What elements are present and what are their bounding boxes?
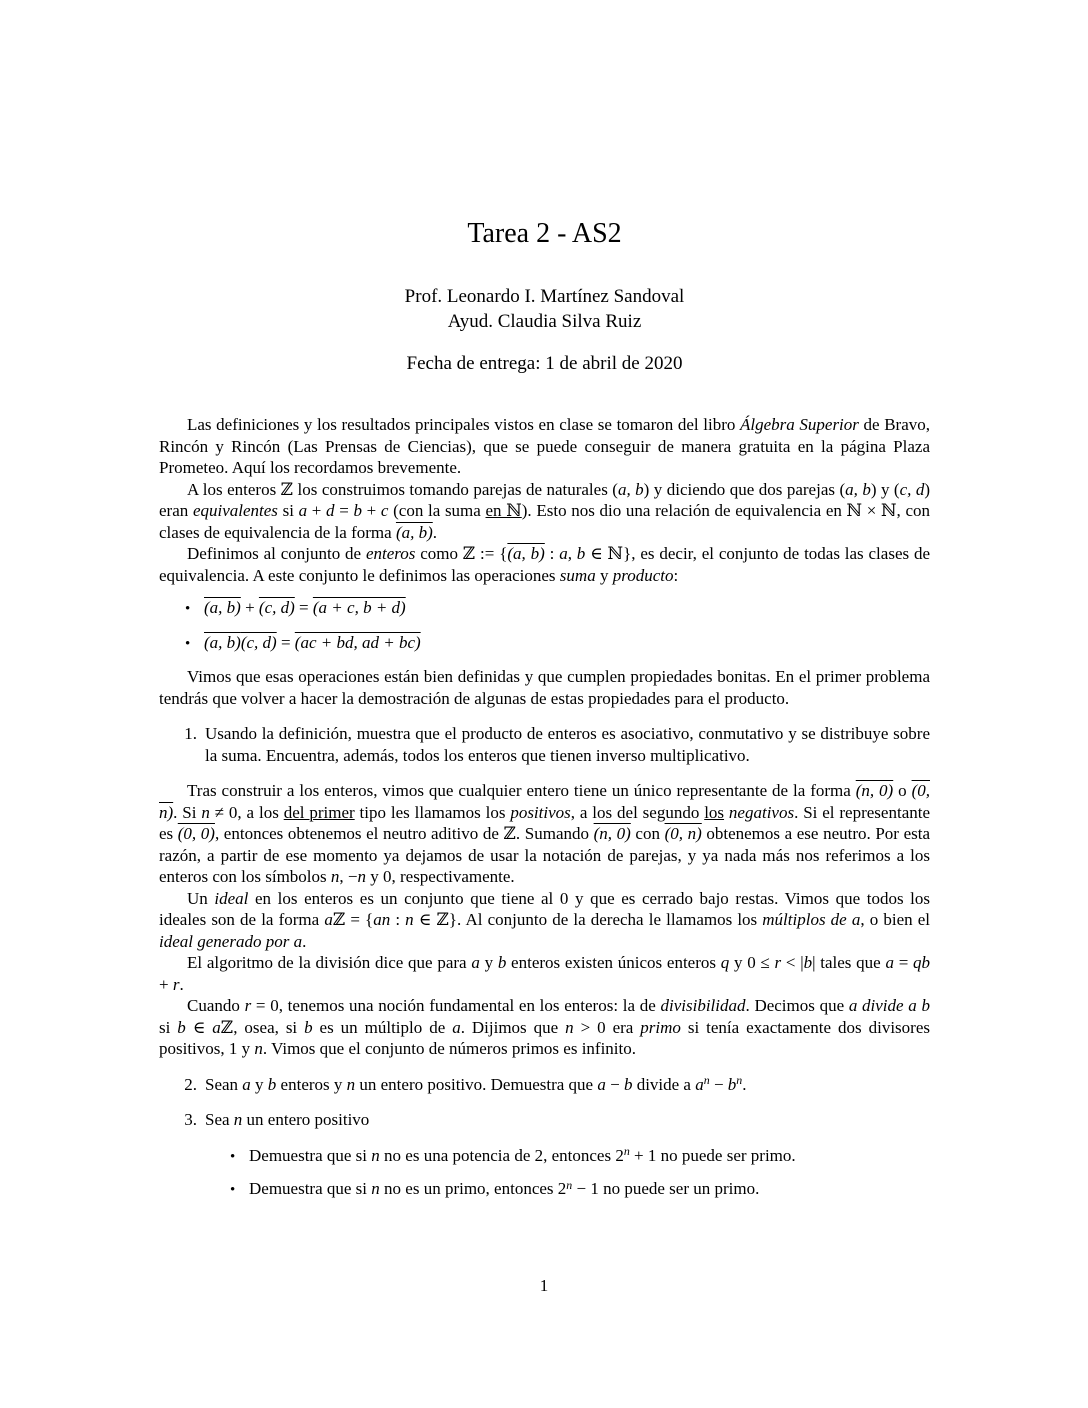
problem-1-number: 1. (159, 723, 205, 745)
problem-3-subitem-2: • Demuestra que si n no es un primo, ent… (159, 1178, 930, 1202)
page-number: 1 (0, 1276, 1088, 1296)
paragraph-representatives: Tras construir a los enteros, vimos que … (159, 780, 930, 888)
problem-1: 1. Usando la definición, muestra que el … (159, 723, 930, 766)
bullet-icon: • (230, 1180, 249, 1202)
paragraph-division-algorithm: El algoritmo de la división dice que par… (159, 952, 930, 995)
paragraph-divisibility: Cuando r = 0, tenemos una noción fundame… (159, 995, 930, 1060)
equation-sum: • (a, b) + (c, d) = (a + c, b + d) (159, 597, 930, 621)
problem-3-text: Sea n un entero positivo (205, 1109, 930, 1131)
document-page: Tarea 2 - AS2 Prof. Leonardo I. Martínez… (0, 0, 1088, 1408)
bullet-icon: • (185, 634, 204, 656)
assistant-line: Ayud. Claudia Silva Ruiz (159, 309, 930, 334)
operations-equation-list: • (a, b) + (c, d) = (a + c, b + d) • (a,… (159, 597, 930, 655)
equation-product-formula: (a, b)(c, d) = (ac + bd, ad + bc) (204, 632, 421, 654)
problem-3-subitem-1-text: Demuestra que si n no es una potencia de… (249, 1145, 930, 1167)
document-title: Tarea 2 - AS2 (159, 218, 930, 250)
problem-2-number: 2. (159, 1074, 205, 1096)
problem-3-subitem-2-text: Demuestra que si n no es un primo, enton… (249, 1178, 930, 1200)
problem-2: 2. Sean a y b enteros y n un entero posi… (159, 1074, 930, 1096)
bullet-icon: • (185, 599, 204, 621)
paragraph-integers-definition: Definimos al conjunto de enteros como ℤ … (159, 543, 930, 586)
equation-product: • (a, b)(c, d) = (ac + bd, ad + bc) (159, 632, 930, 656)
paragraph-well-defined: Vimos que esas operaciones están bien de… (159, 666, 930, 709)
problem-3-subitem-1: • Demuestra que si n no es una potencia … (159, 1145, 930, 1169)
bullet-icon: • (230, 1147, 249, 1169)
paragraph-book-reference: Las definiciones y los resultados princi… (159, 414, 930, 479)
paragraph-integers-construction: A los enteros ℤ los construimos tomando … (159, 479, 930, 544)
problem-2-text: Sean a y b enteros y n un entero positiv… (205, 1074, 930, 1096)
document-content: Tarea 2 - AS2 Prof. Leonardo I. Martínez… (159, 218, 930, 1212)
professor-line: Prof. Leonardo I. Martínez Sandoval (159, 284, 930, 309)
problem-1-text: Usando la definición, muestra que el pro… (205, 723, 930, 766)
due-date-line: Fecha de entrega: 1 de abril de 2020 (159, 351, 930, 376)
problem-3: 3. Sea n un entero positivo (159, 1109, 930, 1131)
problem-3-number: 3. (159, 1109, 205, 1131)
paragraph-ideal: Un ideal en los enteros es un conjunto q… (159, 888, 930, 953)
equation-sum-formula: (a, b) + (c, d) = (a + c, b + d) (204, 597, 406, 619)
